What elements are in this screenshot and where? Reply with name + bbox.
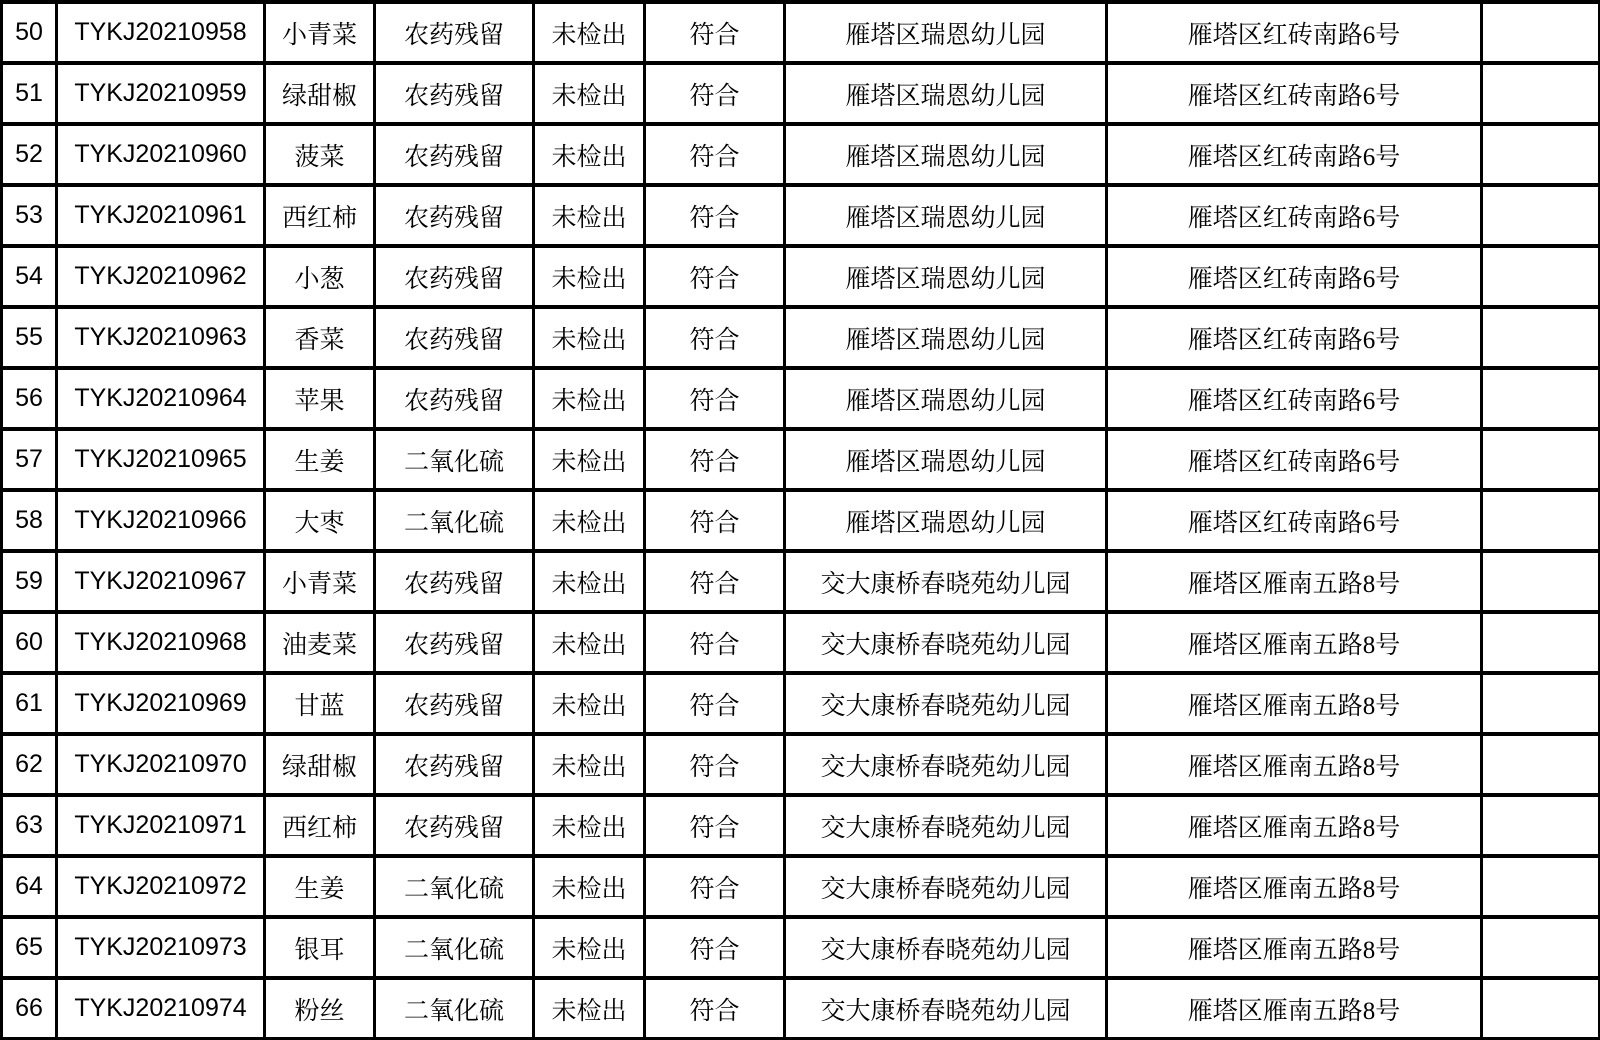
- table-row: 50 TYKJ20210958 小青菜 农药残留 未检出 符合 雁塔区瑞恩幼儿园…: [2, 2, 1600, 63]
- conclusion-cell: 符合: [645, 368, 785, 429]
- sample-id-cell: TYKJ20210962: [57, 246, 265, 307]
- row-number-cell: 55: [2, 307, 57, 368]
- address-cell: 雁塔区雁南五路8号: [1107, 734, 1482, 795]
- test-item-cell: 农药残留: [375, 734, 534, 795]
- result-cell: 未检出: [534, 246, 645, 307]
- row-number-cell: 50: [2, 2, 57, 63]
- sampled-unit-cell: 雁塔区瑞恩幼儿园: [785, 185, 1107, 246]
- address-cell: 雁塔区红砖南路6号: [1107, 429, 1482, 490]
- row-number-cell: 58: [2, 490, 57, 551]
- sampled-unit-cell: 雁塔区瑞恩幼儿园: [785, 246, 1107, 307]
- empty-cell: [1482, 795, 1600, 856]
- sample-id-cell: TYKJ20210970: [57, 734, 265, 795]
- sample-id-cell: TYKJ20210963: [57, 307, 265, 368]
- test-item-cell: 农药残留: [375, 2, 534, 63]
- address-cell: 雁塔区雁南五路8号: [1107, 795, 1482, 856]
- sampled-unit-cell: 交大康桥春晓苑幼儿园: [785, 612, 1107, 673]
- test-item-cell: 二氧化硫: [375, 490, 534, 551]
- sampled-unit-cell: 雁塔区瑞恩幼儿园: [785, 429, 1107, 490]
- sampled-unit-cell: 交大康桥春晓苑幼儿园: [785, 917, 1107, 978]
- table-row: 57 TYKJ20210965 生姜 二氧化硫 未检出 符合 雁塔区瑞恩幼儿园 …: [2, 429, 1600, 490]
- sample-name-cell: 小青菜: [265, 551, 375, 612]
- result-cell: 未检出: [534, 2, 645, 63]
- sample-name-cell: 西红柿: [265, 185, 375, 246]
- document-page: 50 TYKJ20210958 小青菜 农药残留 未检出 符合 雁塔区瑞恩幼儿园…: [0, 0, 1600, 1040]
- sample-name-cell: 香菜: [265, 307, 375, 368]
- sample-name-cell: 银耳: [265, 917, 375, 978]
- test-item-cell: 农药残留: [375, 63, 534, 124]
- row-number-cell: 52: [2, 124, 57, 185]
- empty-cell: [1482, 307, 1600, 368]
- sampled-unit-cell: 交大康桥春晓苑幼儿园: [785, 551, 1107, 612]
- empty-cell: [1482, 978, 1600, 1039]
- row-number-cell: 64: [2, 856, 57, 917]
- sample-id-cell: TYKJ20210961: [57, 185, 265, 246]
- test-item-cell: 二氧化硫: [375, 917, 534, 978]
- address-cell: 雁塔区雁南五路8号: [1107, 978, 1482, 1039]
- row-number-cell: 61: [2, 673, 57, 734]
- test-item-cell: 农药残留: [375, 551, 534, 612]
- address-cell: 雁塔区雁南五路8号: [1107, 917, 1482, 978]
- sampled-unit-cell: 雁塔区瑞恩幼儿园: [785, 2, 1107, 63]
- conclusion-cell: 符合: [645, 612, 785, 673]
- table-row: 61 TYKJ20210969 甘蓝 农药残留 未检出 符合 交大康桥春晓苑幼儿…: [2, 673, 1600, 734]
- row-number-cell: 57: [2, 429, 57, 490]
- result-cell: 未检出: [534, 856, 645, 917]
- address-cell: 雁塔区雁南五路8号: [1107, 673, 1482, 734]
- test-item-cell: 农药残留: [375, 307, 534, 368]
- empty-cell: [1482, 856, 1600, 917]
- row-number-cell: 62: [2, 734, 57, 795]
- sample-name-cell: 小葱: [265, 246, 375, 307]
- sample-id-cell: TYKJ20210969: [57, 673, 265, 734]
- row-number-cell: 63: [2, 795, 57, 856]
- sampled-unit-cell: 雁塔区瑞恩幼儿园: [785, 63, 1107, 124]
- sample-id-cell: TYKJ20210960: [57, 124, 265, 185]
- row-number-cell: 53: [2, 185, 57, 246]
- sample-id-cell: TYKJ20210971: [57, 795, 265, 856]
- sample-name-cell: 菠菜: [265, 124, 375, 185]
- table-row: 52 TYKJ20210960 菠菜 农药残留 未检出 符合 雁塔区瑞恩幼儿园 …: [2, 124, 1600, 185]
- result-cell: 未检出: [534, 795, 645, 856]
- sampled-unit-cell: 雁塔区瑞恩幼儿园: [785, 368, 1107, 429]
- sample-id-cell: TYKJ20210967: [57, 551, 265, 612]
- empty-cell: [1482, 673, 1600, 734]
- test-item-cell: 农药残留: [375, 368, 534, 429]
- address-cell: 雁塔区红砖南路6号: [1107, 185, 1482, 246]
- row-number-cell: 51: [2, 63, 57, 124]
- conclusion-cell: 符合: [645, 246, 785, 307]
- conclusion-cell: 符合: [645, 551, 785, 612]
- conclusion-cell: 符合: [645, 490, 785, 551]
- row-number-cell: 65: [2, 917, 57, 978]
- result-cell: 未检出: [534, 917, 645, 978]
- sample-name-cell: 苹果: [265, 368, 375, 429]
- sampled-unit-cell: 交大康桥春晓苑幼儿园: [785, 734, 1107, 795]
- sample-name-cell: 大枣: [265, 490, 375, 551]
- address-cell: 雁塔区红砖南路6号: [1107, 307, 1482, 368]
- test-item-cell: 农药残留: [375, 673, 534, 734]
- sample-name-cell: 生姜: [265, 856, 375, 917]
- result-cell: 未检出: [534, 490, 645, 551]
- empty-cell: [1482, 490, 1600, 551]
- address-cell: 雁塔区红砖南路6号: [1107, 368, 1482, 429]
- empty-cell: [1482, 734, 1600, 795]
- conclusion-cell: 符合: [645, 917, 785, 978]
- empty-cell: [1482, 124, 1600, 185]
- conclusion-cell: 符合: [645, 2, 785, 63]
- test-item-cell: 二氧化硫: [375, 856, 534, 917]
- address-cell: 雁塔区红砖南路6号: [1107, 490, 1482, 551]
- table-row: 64 TYKJ20210972 生姜 二氧化硫 未检出 符合 交大康桥春晓苑幼儿…: [2, 856, 1600, 917]
- test-item-cell: 农药残留: [375, 124, 534, 185]
- sample-name-cell: 粉丝: [265, 978, 375, 1039]
- table-row: 53 TYKJ20210961 西红柿 农药残留 未检出 符合 雁塔区瑞恩幼儿园…: [2, 185, 1600, 246]
- empty-cell: [1482, 368, 1600, 429]
- empty-cell: [1482, 2, 1600, 63]
- table-row: 51 TYKJ20210959 绿甜椒 农药残留 未检出 符合 雁塔区瑞恩幼儿园…: [2, 63, 1600, 124]
- sample-name-cell: 绿甜椒: [265, 63, 375, 124]
- empty-cell: [1482, 185, 1600, 246]
- table-row: 62 TYKJ20210970 绿甜椒 农药残留 未检出 符合 交大康桥春晓苑幼…: [2, 734, 1600, 795]
- sampled-unit-cell: 交大康桥春晓苑幼儿园: [785, 795, 1107, 856]
- sampled-unit-cell: 交大康桥春晓苑幼儿园: [785, 978, 1107, 1039]
- test-item-cell: 农药残留: [375, 612, 534, 673]
- result-cell: 未检出: [534, 612, 645, 673]
- empty-cell: [1482, 612, 1600, 673]
- table-body: 50 TYKJ20210958 小青菜 农药残留 未检出 符合 雁塔区瑞恩幼儿园…: [2, 2, 1600, 1039]
- row-number-cell: 54: [2, 246, 57, 307]
- table-row: 56 TYKJ20210964 苹果 农药残留 未检出 符合 雁塔区瑞恩幼儿园 …: [2, 368, 1600, 429]
- sampled-unit-cell: 雁塔区瑞恩幼儿园: [785, 124, 1107, 185]
- sample-id-cell: TYKJ20210958: [57, 2, 265, 63]
- row-number-cell: 66: [2, 978, 57, 1039]
- conclusion-cell: 符合: [645, 124, 785, 185]
- sampled-unit-cell: 雁塔区瑞恩幼儿园: [785, 307, 1107, 368]
- result-cell: 未检出: [534, 429, 645, 490]
- conclusion-cell: 符合: [645, 307, 785, 368]
- sample-id-cell: TYKJ20210959: [57, 63, 265, 124]
- result-cell: 未检出: [534, 124, 645, 185]
- conclusion-cell: 符合: [645, 856, 785, 917]
- conclusion-cell: 符合: [645, 63, 785, 124]
- table-row: 54 TYKJ20210962 小葱 农药残留 未检出 符合 雁塔区瑞恩幼儿园 …: [2, 246, 1600, 307]
- test-item-cell: 农药残留: [375, 185, 534, 246]
- sample-name-cell: 甘蓝: [265, 673, 375, 734]
- table-row: 60 TYKJ20210968 油麦菜 农药残留 未检出 符合 交大康桥春晓苑幼…: [2, 612, 1600, 673]
- conclusion-cell: 符合: [645, 978, 785, 1039]
- result-cell: 未检出: [534, 673, 645, 734]
- address-cell: 雁塔区雁南五路8号: [1107, 856, 1482, 917]
- empty-cell: [1482, 429, 1600, 490]
- result-cell: 未检出: [534, 368, 645, 429]
- test-item-cell: 农药残留: [375, 795, 534, 856]
- address-cell: 雁塔区红砖南路6号: [1107, 63, 1482, 124]
- table-row: 59 TYKJ20210967 小青菜 农药残留 未检出 符合 交大康桥春晓苑幼…: [2, 551, 1600, 612]
- sample-name-cell: 绿甜椒: [265, 734, 375, 795]
- address-cell: 雁塔区红砖南路6号: [1107, 246, 1482, 307]
- result-cell: 未检出: [534, 551, 645, 612]
- address-cell: 雁塔区雁南五路8号: [1107, 612, 1482, 673]
- result-cell: 未检出: [534, 978, 645, 1039]
- table-row: 65 TYKJ20210973 银耳 二氧化硫 未检出 符合 交大康桥春晓苑幼儿…: [2, 917, 1600, 978]
- conclusion-cell: 符合: [645, 795, 785, 856]
- sample-name-cell: 西红柿: [265, 795, 375, 856]
- conclusion-cell: 符合: [645, 734, 785, 795]
- test-item-cell: 二氧化硫: [375, 978, 534, 1039]
- result-cell: 未检出: [534, 63, 645, 124]
- sample-id-cell: TYKJ20210966: [57, 490, 265, 551]
- test-item-cell: 农药残留: [375, 246, 534, 307]
- sample-name-cell: 油麦菜: [265, 612, 375, 673]
- result-cell: 未检出: [534, 307, 645, 368]
- inspection-results-table: 50 TYKJ20210958 小青菜 农药残留 未检出 符合 雁塔区瑞恩幼儿园…: [0, 0, 1600, 1040]
- empty-cell: [1482, 63, 1600, 124]
- empty-cell: [1482, 551, 1600, 612]
- sampled-unit-cell: 交大康桥春晓苑幼儿园: [785, 856, 1107, 917]
- sampled-unit-cell: 雁塔区瑞恩幼儿园: [785, 490, 1107, 551]
- address-cell: 雁塔区雁南五路8号: [1107, 551, 1482, 612]
- sample-name-cell: 小青菜: [265, 2, 375, 63]
- empty-cell: [1482, 246, 1600, 307]
- sample-id-cell: TYKJ20210968: [57, 612, 265, 673]
- address-cell: 雁塔区红砖南路6号: [1107, 2, 1482, 63]
- row-number-cell: 59: [2, 551, 57, 612]
- conclusion-cell: 符合: [645, 429, 785, 490]
- address-cell: 雁塔区红砖南路6号: [1107, 124, 1482, 185]
- result-cell: 未检出: [534, 734, 645, 795]
- sample-id-cell: TYKJ20210965: [57, 429, 265, 490]
- table-row: 55 TYKJ20210963 香菜 农药残留 未检出 符合 雁塔区瑞恩幼儿园 …: [2, 307, 1600, 368]
- sample-id-cell: TYKJ20210972: [57, 856, 265, 917]
- result-cell: 未检出: [534, 185, 645, 246]
- empty-cell: [1482, 917, 1600, 978]
- table-row: 66 TYKJ20210974 粉丝 二氧化硫 未检出 符合 交大康桥春晓苑幼儿…: [2, 978, 1600, 1039]
- row-number-cell: 56: [2, 368, 57, 429]
- table-row: 63 TYKJ20210971 西红柿 农药残留 未检出 符合 交大康桥春晓苑幼…: [2, 795, 1600, 856]
- sample-id-cell: TYKJ20210964: [57, 368, 265, 429]
- table-row: 58 TYKJ20210966 大枣 二氧化硫 未检出 符合 雁塔区瑞恩幼儿园 …: [2, 490, 1600, 551]
- sample-id-cell: TYKJ20210974: [57, 978, 265, 1039]
- conclusion-cell: 符合: [645, 673, 785, 734]
- sampled-unit-cell: 交大康桥春晓苑幼儿园: [785, 673, 1107, 734]
- test-item-cell: 二氧化硫: [375, 429, 534, 490]
- conclusion-cell: 符合: [645, 185, 785, 246]
- sample-name-cell: 生姜: [265, 429, 375, 490]
- row-number-cell: 60: [2, 612, 57, 673]
- sample-id-cell: TYKJ20210973: [57, 917, 265, 978]
